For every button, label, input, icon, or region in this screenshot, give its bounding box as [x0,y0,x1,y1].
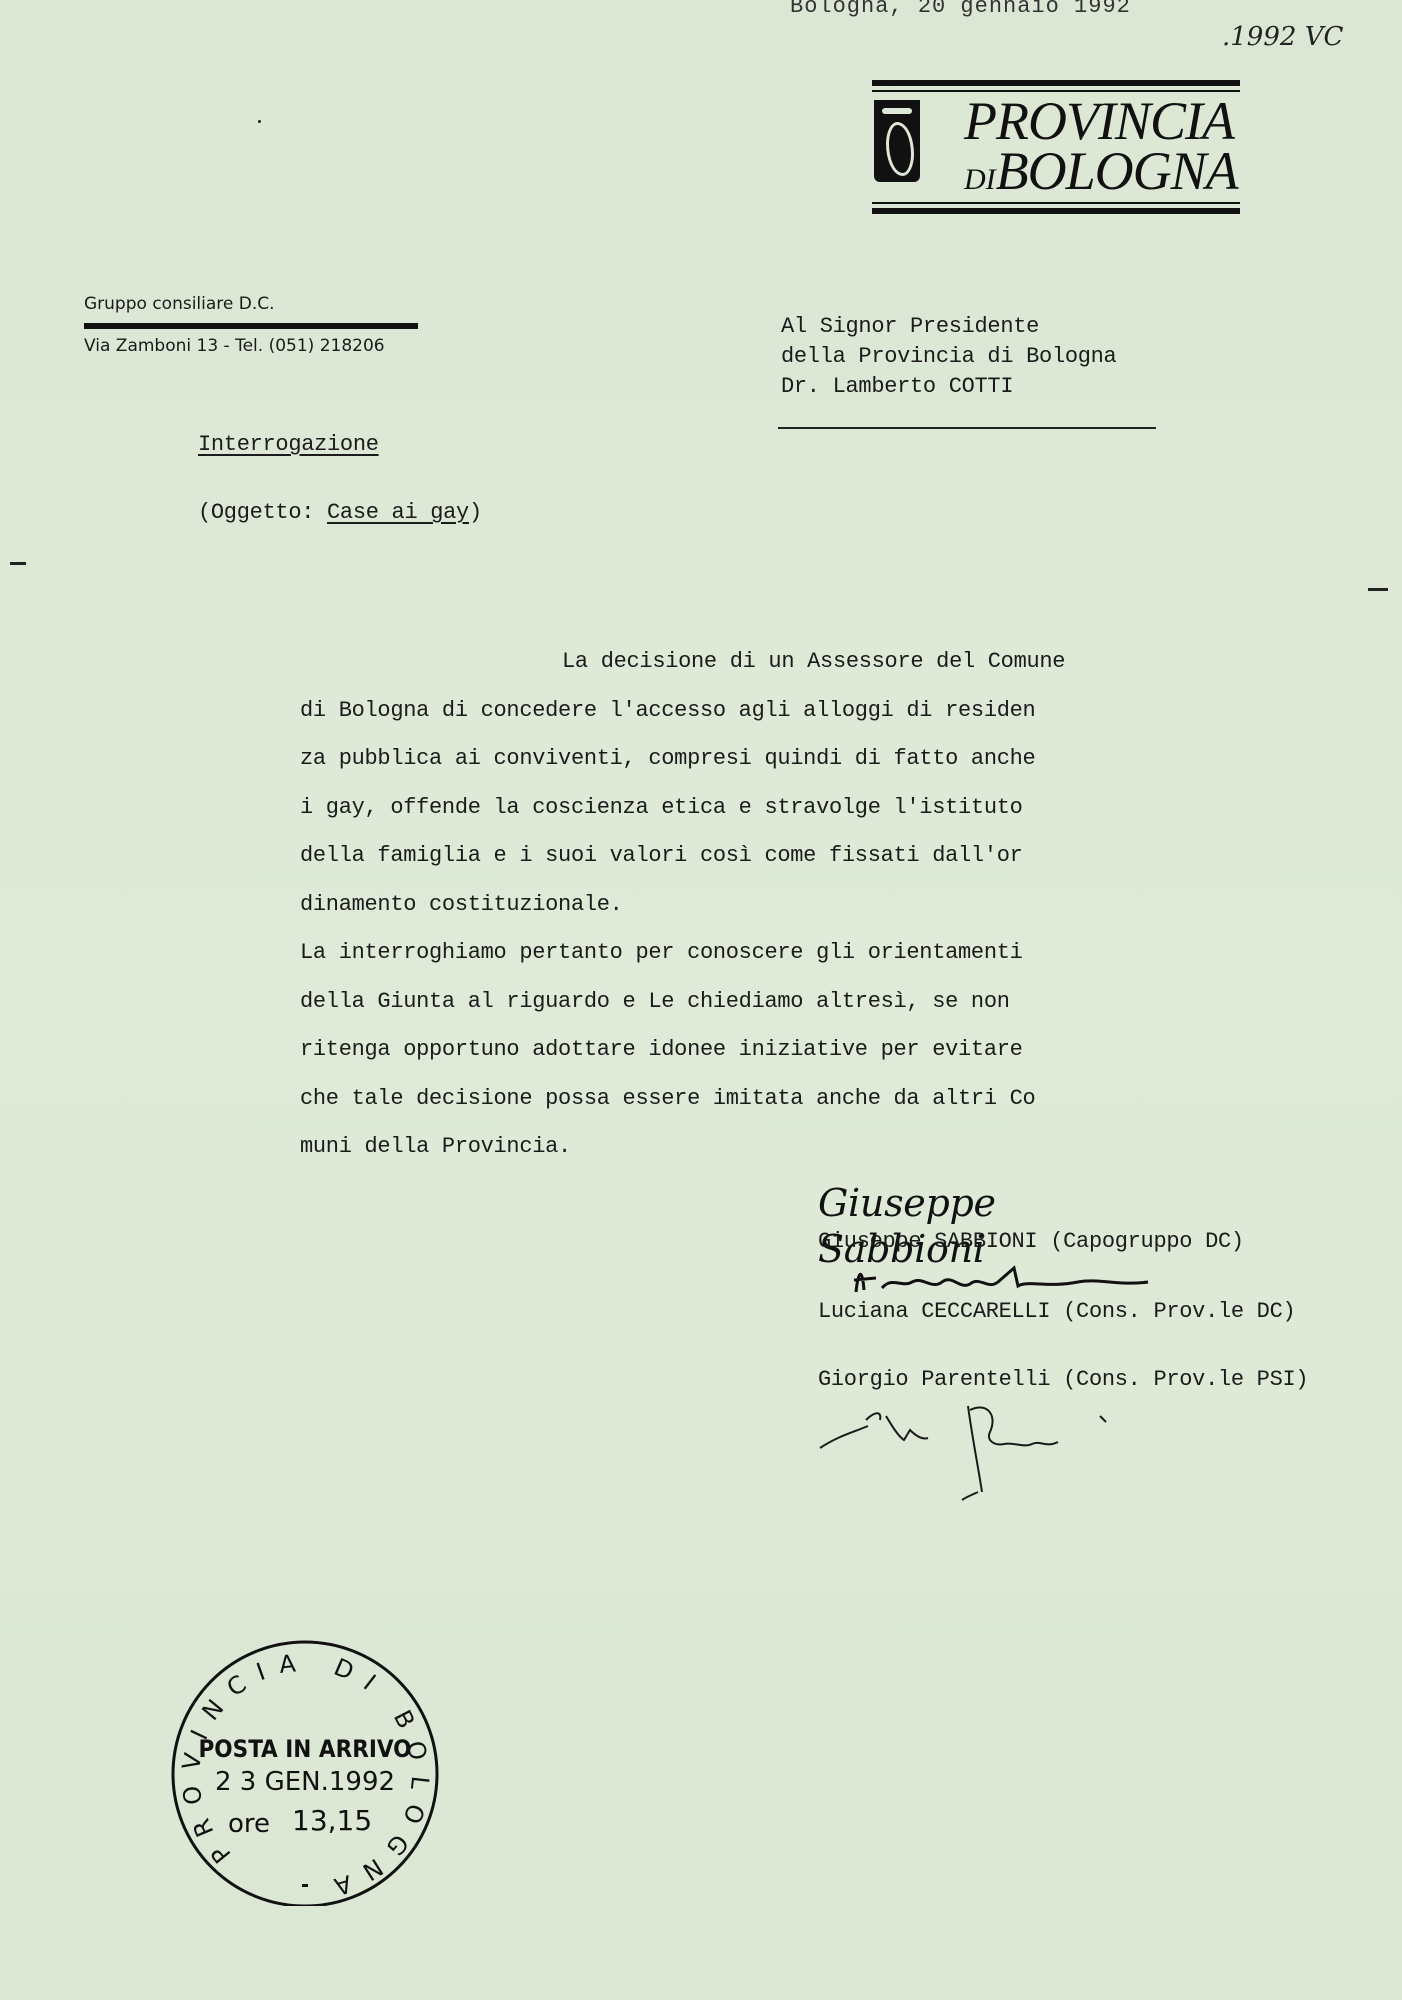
body-line: della Giunta al riguardo e Le chiediamo … [300,978,1130,1027]
body-line: di Bologna di concedere l'accesso agli a… [300,687,1130,736]
sender-address: Via Zamboni 13 - Tel. (051) 218206 [84,336,418,356]
addressee-rule [778,427,1156,429]
arrival-stamp: PROVINCIA DI BOLOGNA POSTA IN ARRIVO 2 3… [168,1640,442,1906]
body-line: che tale decisione possa essere imitata … [300,1075,1130,1124]
document-type: Interrogazione [198,432,379,457]
body-line: i gay, offende la coscienza etica e stra… [300,784,1130,833]
subject-line: (Oggetto: Case ai gay) [198,500,482,525]
subject-prefix: (Oggetto: [198,500,327,525]
sender-block: Gruppo consiliare D.C. Via Zamboni 13 - … [84,294,418,356]
body-line: La interroghiamo pertanto per conoscere … [300,929,1130,978]
fold-mark-left [10,562,26,565]
addressee-line: Dr. Lamberto COTTI [781,372,1116,402]
body-line: ritenga opportuno adottare idonee inizia… [300,1026,1130,1075]
addressee-line: della Provincia di Bologna [781,342,1116,372]
logo-rule-top-thick [872,80,1240,86]
handwritten-signature-3 [818,1396,1148,1506]
stamp-line-1: POSTA IN ARRIVO [198,1735,411,1763]
handwritten-signature-1: Giuseppe Sabbioni [818,1180,996,1226]
letter-body: La decisione di un Assessore del Comune … [300,638,1130,1172]
signatory-name-2: Luciana CECCARELLI (Cons. Prov.le DC) [818,1298,1295,1326]
subject-suffix: ) [469,500,482,525]
archive-note: .1992 VC [1222,22,1343,52]
body-line: za pubblica ai conviventi, compresi quin… [300,735,1130,784]
body-line: muni della Provincia. [300,1123,1130,1172]
stamp-time: 13,15 [292,1804,372,1837]
stamp-time-label: ore [228,1809,270,1839]
logo-rule-bottom-thick [872,208,1240,214]
date-line: Bologna, 20 gennaio 1992 [790,0,1131,19]
addressee-block: Al Signor Presidente della Provincia di … [781,312,1116,402]
bologna-crest-icon [874,100,920,182]
signatory-name-1: Giuseppe SABBIONI (Capogruppo DC) [818,1228,1244,1256]
body-line: della famiglia e i suoi valori così come… [300,832,1130,881]
sender-group: Gruppo consiliare D.C. [84,294,418,314]
handwritten-signature-2 [848,1262,1188,1296]
provincia-logo: PROVINCIA DIBOLOGNA [872,80,1240,216]
stamp-date: 2 3 GEN.1992 [215,1767,395,1797]
body-line: La decisione di un Assessore del Comune [300,638,1130,687]
speck [258,120,261,123]
logo-line-2-prefix: DI [964,163,996,196]
body-line: dinamento costituzionale. [300,881,1130,930]
logo-line-1: PROVINCIA [964,94,1234,148]
fold-mark-right [1368,588,1388,591]
logo-line-2: DIBOLOGNA [964,144,1238,207]
logo-rule-bottom-thin [872,202,1240,204]
subject-topic: Case ai gay [327,500,469,525]
logo-line-2-main: BOLOGNA [996,141,1238,201]
signatory-name-3: Giorgio Parentelli (Cons. Prov.le PSI) [818,1366,1308,1394]
addressee-line: Al Signor Presidente [781,312,1116,342]
sender-rule [84,323,418,329]
